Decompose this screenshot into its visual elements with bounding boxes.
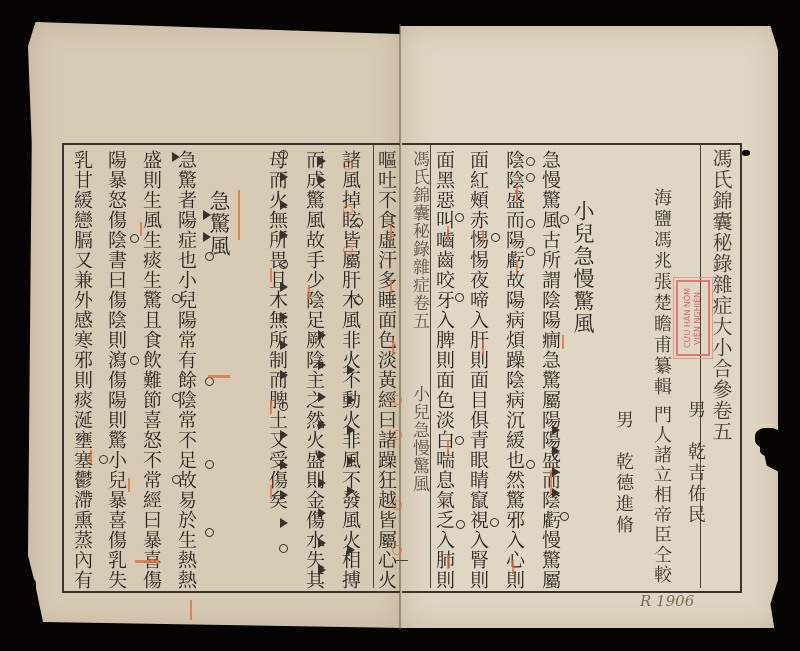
triangle-mark-icon xyxy=(172,152,180,162)
triangle-mark-icon xyxy=(347,456,355,466)
circle-mark-icon xyxy=(205,377,214,386)
circle-mark-icon xyxy=(279,402,288,411)
red-circle-annotation xyxy=(343,205,353,215)
red-annotation xyxy=(270,400,272,414)
circle-mark-icon xyxy=(560,512,569,521)
triangle-mark-icon xyxy=(318,420,326,430)
triangle-mark-icon xyxy=(280,370,288,380)
red-annotation xyxy=(140,222,142,236)
text-column: 陰陰盛而陽虧故陽病煩躁陰病沉緩也然驚邪入心則 xyxy=(500,150,528,590)
circle-mark-icon xyxy=(560,215,569,224)
red-annotation xyxy=(447,440,449,454)
page-damage xyxy=(18,600,30,612)
disciple-line: 門人諸立相帝臣仝較 xyxy=(646,405,676,585)
red-annotation xyxy=(190,600,192,620)
red-circle-annotation xyxy=(392,430,402,440)
triangle-mark-icon xyxy=(552,446,560,456)
circle-mark-icon xyxy=(279,260,288,269)
triangle-mark-icon xyxy=(318,538,326,548)
circle-mark-icon xyxy=(354,218,363,227)
red-circle-annotation xyxy=(392,545,402,555)
page-damage xyxy=(22,578,36,592)
red-annotation xyxy=(90,450,92,464)
circle-mark-icon xyxy=(205,252,214,261)
triangle-mark-icon xyxy=(552,425,560,435)
red-annotation xyxy=(128,478,130,492)
triangle-mark-icon xyxy=(280,312,288,322)
red-annotation xyxy=(270,485,272,499)
text-column: 陽暴怒傷陰書曰傷陰則瀉傷陽則驚小兒暴喜傷乳失 xyxy=(102,150,130,590)
circle-mark-icon xyxy=(172,393,181,402)
triangle-mark-icon xyxy=(347,395,355,405)
triangle-mark-icon xyxy=(280,200,288,210)
subsection-heading: 急驚風 xyxy=(204,190,234,258)
triangle-mark-icon xyxy=(203,232,211,242)
red-annotation xyxy=(512,560,514,574)
circle-mark-icon xyxy=(354,296,363,305)
red-annotation xyxy=(516,186,518,200)
red-annotation xyxy=(392,340,394,354)
triangle-mark-icon xyxy=(280,282,288,292)
red-annotation xyxy=(390,225,392,239)
page-damage xyxy=(760,442,778,456)
circle-mark-icon xyxy=(455,293,464,302)
running-title: 馮氏錦囊秘錄雜症大小合參卷五 xyxy=(706,148,736,442)
circle-mark-icon xyxy=(205,528,214,537)
red-annotation xyxy=(308,285,310,299)
triangle-mark-icon xyxy=(318,156,326,166)
red-annotation xyxy=(562,335,564,349)
red-annotation xyxy=(447,555,449,569)
red-annotation xyxy=(238,190,240,240)
son-line-2: 男 乾德進脩 xyxy=(608,410,638,536)
text-column: 嘔吐不食虛汗多睡面色淡黃經曰諸躁狂越皆屬心火 xyxy=(372,150,400,590)
red-annotation xyxy=(208,375,230,378)
triangle-mark-icon xyxy=(280,490,288,500)
red-circle-annotation xyxy=(392,500,402,510)
circle-mark-icon xyxy=(526,219,535,228)
circle-mark-icon xyxy=(279,150,288,159)
red-circle-annotation xyxy=(343,245,353,255)
text-column: 急驚者陽症也小兒陽常有餘陰常不足故易於生熱熱 xyxy=(172,150,200,590)
triangle-mark-icon xyxy=(552,467,560,477)
red-annotation xyxy=(482,340,484,354)
fold-heading: 馮氏錦囊秘錄雜症卷五 xyxy=(404,150,434,330)
red-circle-annotation xyxy=(343,160,353,170)
circle-mark-icon xyxy=(455,436,464,445)
triangle-mark-icon xyxy=(318,450,326,460)
circle-mark-icon xyxy=(456,520,465,529)
circle-mark-icon xyxy=(172,294,181,303)
text-column: 盛則生風生痰生驚且食飲難節喜怒不常經曰暴喜傷 xyxy=(137,150,165,590)
circle-mark-icon xyxy=(130,234,139,243)
circle-mark-icon xyxy=(526,247,535,256)
triangle-mark-icon xyxy=(318,330,326,340)
triangle-mark-icon xyxy=(347,425,355,435)
circle-mark-icon xyxy=(205,460,214,469)
red-circle-annotation xyxy=(392,395,402,405)
triangle-mark-icon xyxy=(347,486,355,496)
circle-mark-icon xyxy=(526,460,535,469)
text-column: 而成驚風故手少陰足厥陰主之然火盛則金傷水失其 xyxy=(300,150,328,590)
son-line-1: 男 乾吉佑民 xyxy=(680,400,710,526)
red-annotation xyxy=(270,268,272,282)
triangle-mark-icon xyxy=(280,430,288,440)
red-annotation xyxy=(135,560,159,563)
red-annotation xyxy=(550,470,552,494)
red-annotation xyxy=(390,280,392,294)
handwritten-shelf-mark: R 1906 xyxy=(640,592,694,610)
triangle-mark-icon xyxy=(318,478,326,488)
circle-mark-icon xyxy=(130,356,139,365)
triangle-mark-icon xyxy=(280,340,288,350)
red-annotation xyxy=(516,260,518,274)
triangle-mark-icon xyxy=(318,565,326,575)
text-column: 乳甘緩戀膈又兼外感寒邪則痰涎壅塞鬱滯熏蒸內有 xyxy=(68,150,96,590)
page-damage xyxy=(742,150,750,156)
circle-mark-icon xyxy=(99,455,108,464)
circle-mark-icon xyxy=(279,544,288,553)
triangle-mark-icon xyxy=(318,508,326,518)
triangle-mark-icon xyxy=(347,545,355,555)
triangle-mark-icon xyxy=(203,210,211,220)
circle-mark-icon xyxy=(490,518,499,527)
circle-mark-icon xyxy=(526,173,535,182)
triangle-mark-icon xyxy=(318,392,326,402)
section-heading: 小兒急慢驚風 xyxy=(568,200,598,335)
triangle-mark-icon xyxy=(280,172,288,182)
text-column: 面紅頰赤惕惕夜啼入肝則面目俱青眼睛竄視入腎則 xyxy=(464,150,492,590)
fold-subheading: 小兒急慢驚風 xyxy=(404,385,434,493)
circle-mark-icon xyxy=(172,475,181,484)
circle-mark-icon xyxy=(526,157,535,166)
triangle-mark-icon xyxy=(318,175,326,185)
text-column: 面黑惡叫嚙齒咬牙入脾則面色淡白喘息氣乏入肺則 xyxy=(430,150,458,590)
triangle-mark-icon xyxy=(280,230,288,240)
triangle-mark-icon xyxy=(347,365,355,375)
triangle-mark-icon xyxy=(280,460,288,470)
red-annotation xyxy=(447,226,449,240)
triangle-mark-icon xyxy=(552,488,560,498)
circle-mark-icon xyxy=(491,233,500,242)
library-stamp: VIỆN NGHIÊN CỨU HÁN NÔM xyxy=(676,280,710,356)
triangle-mark-icon xyxy=(280,518,288,528)
compiler-line: 海鹽馮兆張楚瞻甫纂輯 xyxy=(646,188,676,398)
triangle-mark-icon xyxy=(318,360,326,370)
red-annotation xyxy=(482,230,484,244)
circle-mark-icon xyxy=(455,213,464,222)
